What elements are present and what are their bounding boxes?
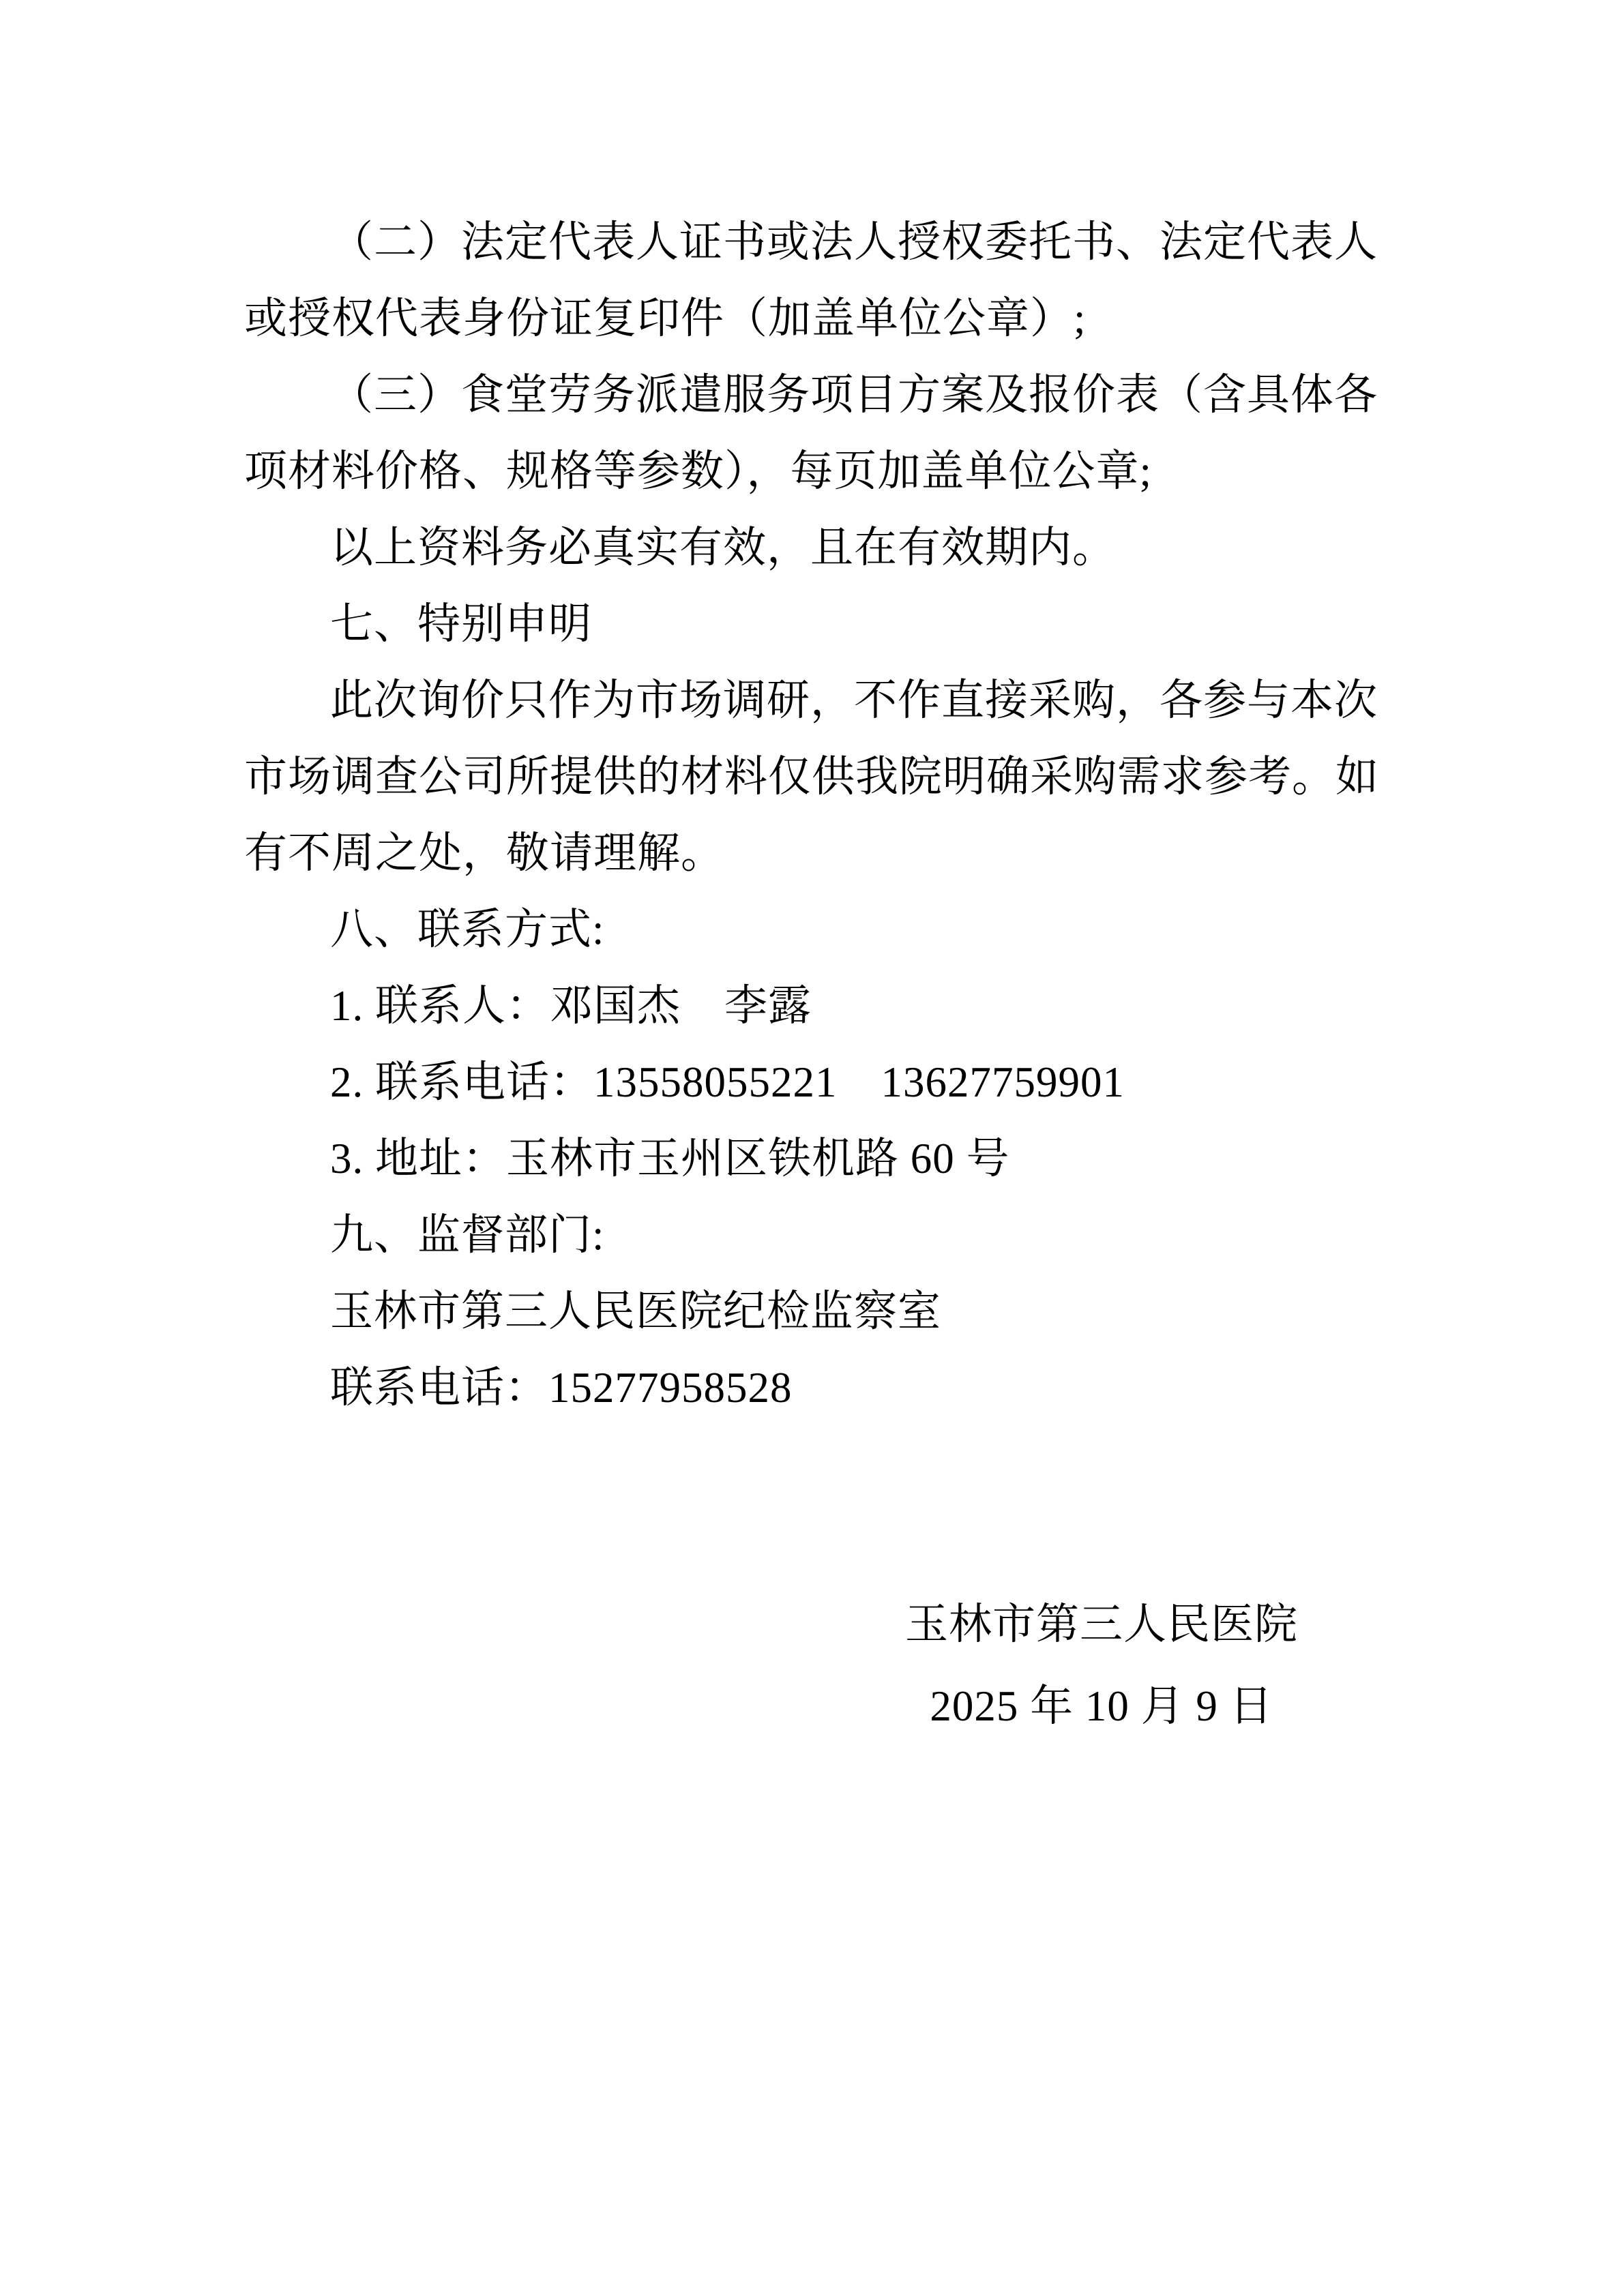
document-line: 有不周之处，敬请理解。 [244,815,1390,891]
document-line: 以上资料务必真实有效，且在有效期内。 [244,509,1390,586]
document-line: 市场调查公司所提供的材料仅供我院明确采购需求参考。如 [244,739,1390,815]
section-heading-9: 九、监督部门: [244,1197,1390,1273]
document-line: （三）食堂劳务派遣服务项目方案及报价表（含具体各 [244,357,1390,433]
document-line: （二）法定代表人证书或法人授权委托书、法定代表人 [244,204,1390,280]
document-page: （二）法定代表人证书或法人授权委托书、法定代表人 或授权代表身份证复印件（加盖单… [0,0,1624,2296]
supervision-department-line: 玉林市第三人民医院纪检监察室 [244,1273,1390,1350]
document-line: 此次询价只作为市场调研，不作直接采购，各参与本次 [244,662,1390,739]
signature-block: 玉林市第三人民医院 2025 年 10 月 9 日 [880,1583,1323,1747]
document-body: （二）法定代表人证书或法人授权委托书、法定代表人 或授权代表身份证复印件（加盖单… [244,204,1390,1426]
contact-person-line: 1. 联系人：邓国杰 李露 [244,968,1390,1044]
document-line: 项材料价格、规格等参数），每页加盖单位公章; [244,433,1390,509]
address-line: 3. 地址：玉林市玉州区铁机路 60 号 [244,1120,1390,1197]
document-line: 或授权代表身份证复印件（加盖单位公章）; [244,280,1390,357]
section-heading-7: 七、特别申明 [244,586,1390,662]
signature-organization: 玉林市第三人民医院 [880,1583,1323,1665]
section-heading-8: 八、联系方式: [244,891,1390,968]
signature-date: 2025 年 10 月 9 日 [880,1665,1323,1747]
supervision-phone-line: 联系电话：15277958528 [244,1350,1390,1426]
contact-phone-line: 2. 联系电话：13558055221 13627759901 [244,1044,1390,1120]
